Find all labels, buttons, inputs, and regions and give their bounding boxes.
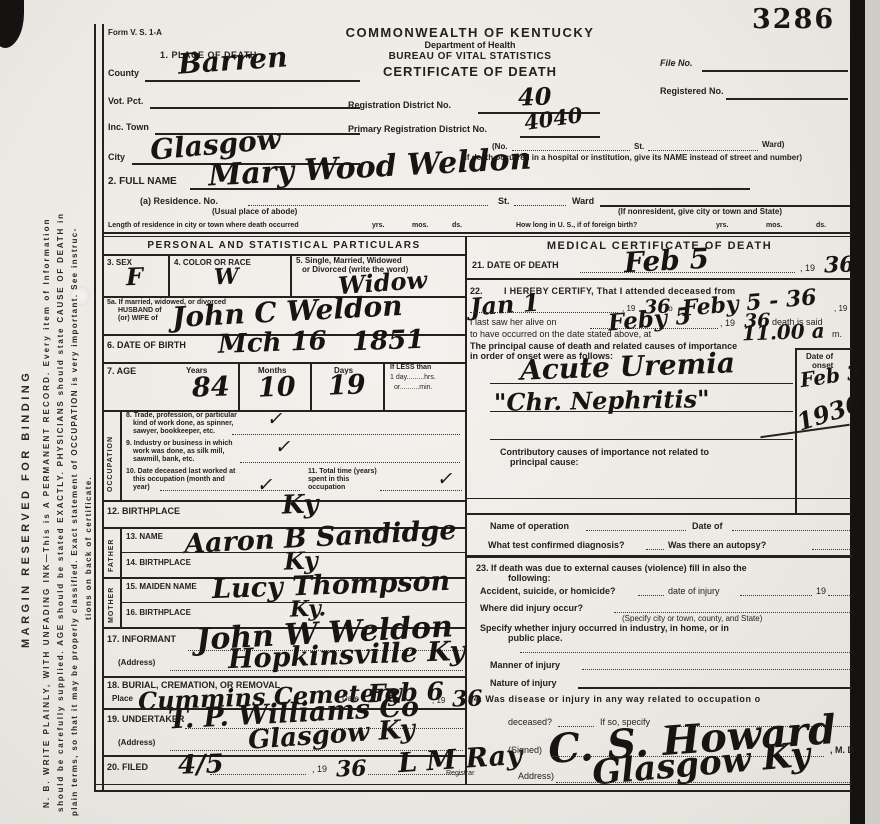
cell-border — [290, 254, 292, 296]
commonwealth-title: COMMONWEALTH OF KENTUCKY — [330, 25, 610, 40]
operation-date-label: Date of — [692, 521, 723, 531]
vot-pct-label: Vot. Pct. — [108, 96, 143, 106]
dotted-rule — [812, 549, 852, 550]
department-subtitle: Department of Health — [330, 40, 610, 50]
margin-note-line3: plain terms, so that it may be properly … — [70, 227, 79, 816]
filed-label: 20. FILED — [107, 762, 148, 772]
margin-note-line4: tions on back of certificate. — [84, 476, 93, 620]
physician-address-label: Address) — [518, 771, 554, 781]
informant-address-label: (Address) — [118, 658, 155, 667]
accident-label: Accident, suicide, or homicide? — [480, 586, 616, 596]
contributory-text-2: principal cause: — [510, 457, 579, 467]
item-23-text-2: following: — [508, 573, 551, 583]
undertaker-address-label: (Address) — [118, 738, 155, 747]
dotted-rule — [740, 595, 812, 596]
test-label: What test confirmed diagnosis? — [488, 540, 625, 550]
age-label: 7. AGE — [107, 366, 136, 376]
deceased-label: deceased? — [508, 717, 552, 727]
occ8-label-2: kind of work done, as spinner, — [133, 420, 233, 427]
st-line — [648, 150, 758, 151]
margin-note-line1: N. B. WRITE PLAINLY, WITH UNFADING INK—T… — [42, 217, 51, 808]
cell-border — [310, 362, 312, 410]
dotted-rule — [646, 549, 664, 550]
father-birthplace-label: 14. BIRTHPLACE — [126, 558, 191, 567]
dotted-rule — [240, 462, 460, 463]
occ10-label-1: 10. Date deceased last worked at — [126, 468, 235, 475]
rule — [102, 254, 465, 256]
file-no-label: File No. — [660, 58, 693, 68]
dotted-rule — [368, 774, 463, 775]
rule-smudged — [578, 687, 852, 689]
filed-year-prefix: , 19 — [312, 764, 327, 774]
specify-text-1: Specify whether injury occurred in indus… — [480, 623, 729, 633]
date-of-death-label: 21. DATE OF DEATH — [472, 260, 559, 270]
foreign-yrs: yrs. — [716, 222, 728, 229]
dod-year-prefix: , 19 — [800, 263, 815, 273]
dotted-rule — [638, 595, 664, 596]
bureau-subtitle: BUREAU OF VITAL STATISTICS — [330, 51, 610, 62]
length-yrs: yrs. — [372, 222, 384, 229]
mother-name-label: 15. MAIDEN NAME — [126, 582, 197, 591]
length-of-residence-label: Length of residence in city or town wher… — [108, 222, 299, 229]
registration-district-label: Registration District No. — [348, 100, 451, 110]
birthplace-label: 12. BIRTHPLACE — [107, 506, 180, 516]
death-certificate-scan: MARGIN RESERVED FOR BINDING N. B. WRITE … — [0, 0, 880, 824]
rule — [467, 498, 852, 499]
primary-district-line — [520, 136, 600, 138]
rule — [490, 439, 793, 440]
dotted-rule — [520, 652, 852, 653]
occ9-label-1: 9. Industry or business in which — [126, 440, 233, 447]
cell-border — [238, 362, 240, 410]
md-label: , M. D — [830, 745, 854, 755]
dotted-rule — [470, 312, 618, 313]
cell-border — [383, 362, 385, 410]
scan-right-edge-shadow — [865, 0, 880, 824]
dotted-rule — [614, 612, 852, 613]
nonresident-note: (If nonresident, give city or town and S… — [618, 207, 782, 216]
manner-of-injury-label: Manner of injury — [490, 660, 560, 670]
mother-birthplace-label: 16. BIRTHPLACE — [126, 608, 191, 617]
signed-label: (Signed) — [508, 745, 542, 755]
occ10-label-3: year) — [133, 484, 150, 491]
nature-of-injury-label: Nature of injury — [490, 678, 557, 688]
margin-binding-text: MARGIN RESERVED FOR BINDING — [20, 370, 32, 648]
date-of-death-value: Feb 5 — [623, 242, 710, 279]
injury-19-label: 19 — [816, 586, 826, 596]
registered-no-line — [726, 98, 848, 100]
operation-label: Name of operation — [490, 521, 569, 531]
time-m-label: m. — [832, 329, 842, 339]
file-no-line — [702, 70, 848, 72]
age-days-value: 19 — [327, 369, 366, 401]
time-of-death-value: 11.00 a — [742, 319, 825, 346]
injury-date-label: date of injury — [668, 586, 720, 596]
dotted-rule — [232, 434, 460, 435]
residence-no-line — [248, 205, 488, 206]
specify-text-2: public place. — [508, 633, 563, 643]
dob-value: Mch 16 — [218, 326, 328, 360]
primary-district-label: Primary Registration District No. — [348, 124, 487, 134]
race-label: 4. COLOR OR RACE — [174, 258, 251, 267]
section-divider-top-a — [102, 232, 852, 234]
onset-box-top-border — [795, 348, 852, 350]
to-year-prefix: , 19 — [834, 304, 847, 313]
if-less-label-3: or..........min. — [394, 384, 433, 391]
residence-label: (a) Residence. No. — [140, 196, 218, 206]
inc-town-label: Inc. Town — [108, 122, 149, 132]
rule-thick — [467, 555, 852, 558]
age-months-value: 10 — [257, 371, 296, 403]
burial-year-prefix: , 19 — [432, 696, 445, 705]
form-bottom-border-outer — [94, 790, 852, 792]
city-label: City — [108, 152, 125, 162]
county-label: County — [108, 68, 139, 78]
stamp-number: 3286 — [752, 4, 835, 35]
contributory-text-1: Contributory causes of importance not re… — [500, 447, 709, 457]
form-bottom-border-inner — [94, 784, 852, 785]
rule — [467, 513, 852, 515]
spouse-label-3: (or) WIFE of — [118, 315, 158, 322]
sex-value: F — [125, 262, 143, 292]
occupation-vertical-label: OCCUPATION — [107, 436, 114, 492]
dotted-rule — [556, 782, 852, 783]
occ8-label-3: sawyer, bookkeeper, etc. — [133, 428, 215, 435]
registered-no-label: Registered No. — [660, 86, 724, 96]
cell-border — [168, 254, 170, 296]
saw-year-prefix: , 19 — [720, 318, 735, 328]
where-injury-label: Where did injury occur? — [480, 603, 583, 613]
father-vertical-label: FATHER — [108, 539, 115, 572]
occ11-label-1: 11. Total time (years) — [308, 468, 377, 475]
residence-st-line — [514, 205, 566, 206]
dotted-rule — [586, 530, 686, 531]
abode-note: (Usual place of abode) — [212, 207, 297, 216]
foreign-birth-label: How long in U. S., if of foreign birth? — [516, 222, 637, 229]
age-years-value: 84 — [191, 371, 230, 403]
spouse-label-2: HUSBAND of — [118, 307, 162, 314]
dod-year-value: 36 — [824, 251, 856, 278]
dotted-rule — [210, 774, 306, 775]
if-less-label-1: If LESS than — [390, 364, 431, 371]
if-less-label-2: 1 day.........hrs. — [390, 374, 436, 381]
marital-label-1: 5. Single, Married, Widowed — [296, 256, 402, 265]
certificate-title: CERTIFICATE OF DEATH — [330, 64, 610, 79]
dotted-rule — [380, 490, 462, 491]
foreign-ds: ds. — [816, 222, 826, 229]
burial-place-label: Place — [112, 694, 133, 703]
autopsy-label: Was there an autopsy? — [668, 540, 766, 550]
residence-st-label: St. — [498, 196, 510, 206]
foreign-mos: mos. — [766, 222, 782, 229]
occ10-label-2: this occupation (month and — [133, 476, 225, 483]
vot-pct-line — [150, 107, 360, 109]
dotted-rule — [732, 530, 850, 531]
occ9-label-3: sawmill, bank, etc. — [133, 456, 194, 463]
length-mos: mos. — [412, 222, 428, 229]
full-name-label: 2. FULL NAME — [108, 176, 177, 187]
dotted-rule — [160, 490, 300, 491]
onset-header-1: Date of — [806, 352, 833, 361]
no-st-ward-label-ward: Ward) — [762, 140, 784, 149]
occ8-label-1: 8. Trade, profession, or particular — [126, 412, 237, 419]
race-value: W — [214, 264, 240, 291]
last-saw-text: I last saw her alive on — [470, 317, 557, 327]
dotted-rule — [828, 595, 852, 596]
mother-vertical-label: MOTHER — [108, 587, 115, 623]
filed-year-value: 36 — [336, 755, 368, 782]
occ11-label-2: spent in this — [308, 476, 349, 483]
occ9-label-2: work was done, as silk mill, — [133, 448, 224, 455]
section-divider-top-b — [102, 236, 852, 237]
rule — [490, 383, 793, 384]
birthplace-value: Ky — [281, 489, 319, 520]
filed-value: 4/5 — [177, 749, 224, 781]
rule — [490, 411, 793, 412]
item-24-text: 24. Was disease or injury in any way rel… — [468, 694, 761, 704]
occurred-text: to have occurred on the date stated abov… — [470, 329, 651, 339]
informant-label: 17. INFORMANT — [107, 634, 176, 644]
cell-border — [120, 410, 122, 500]
where-injury-note: (Specify city or town, county, and State… — [622, 614, 762, 623]
personal-section-title: PERSONAL AND STATISTICAL PARTICULARS — [104, 240, 464, 251]
dob-year: 1851 — [351, 325, 424, 358]
margin-note-line2: should be carefully supplied. AGE should… — [56, 212, 65, 812]
rule — [467, 278, 852, 280]
county-line — [145, 80, 360, 82]
form-left-border-outer — [94, 24, 96, 792]
length-ds: ds. — [452, 222, 462, 229]
residence-ward-label: Ward — [572, 196, 594, 206]
father-name-label: 13. NAME — [126, 532, 163, 541]
dotted-rule — [582, 669, 852, 670]
dob-label: 6. DATE OF BIRTH — [107, 340, 186, 350]
item-23-text-1: 23. If death was due to external causes … — [476, 563, 747, 573]
no-st-ward-label-st: St. — [634, 142, 644, 151]
form-number: Form V. S. 1-A — [108, 28, 162, 37]
